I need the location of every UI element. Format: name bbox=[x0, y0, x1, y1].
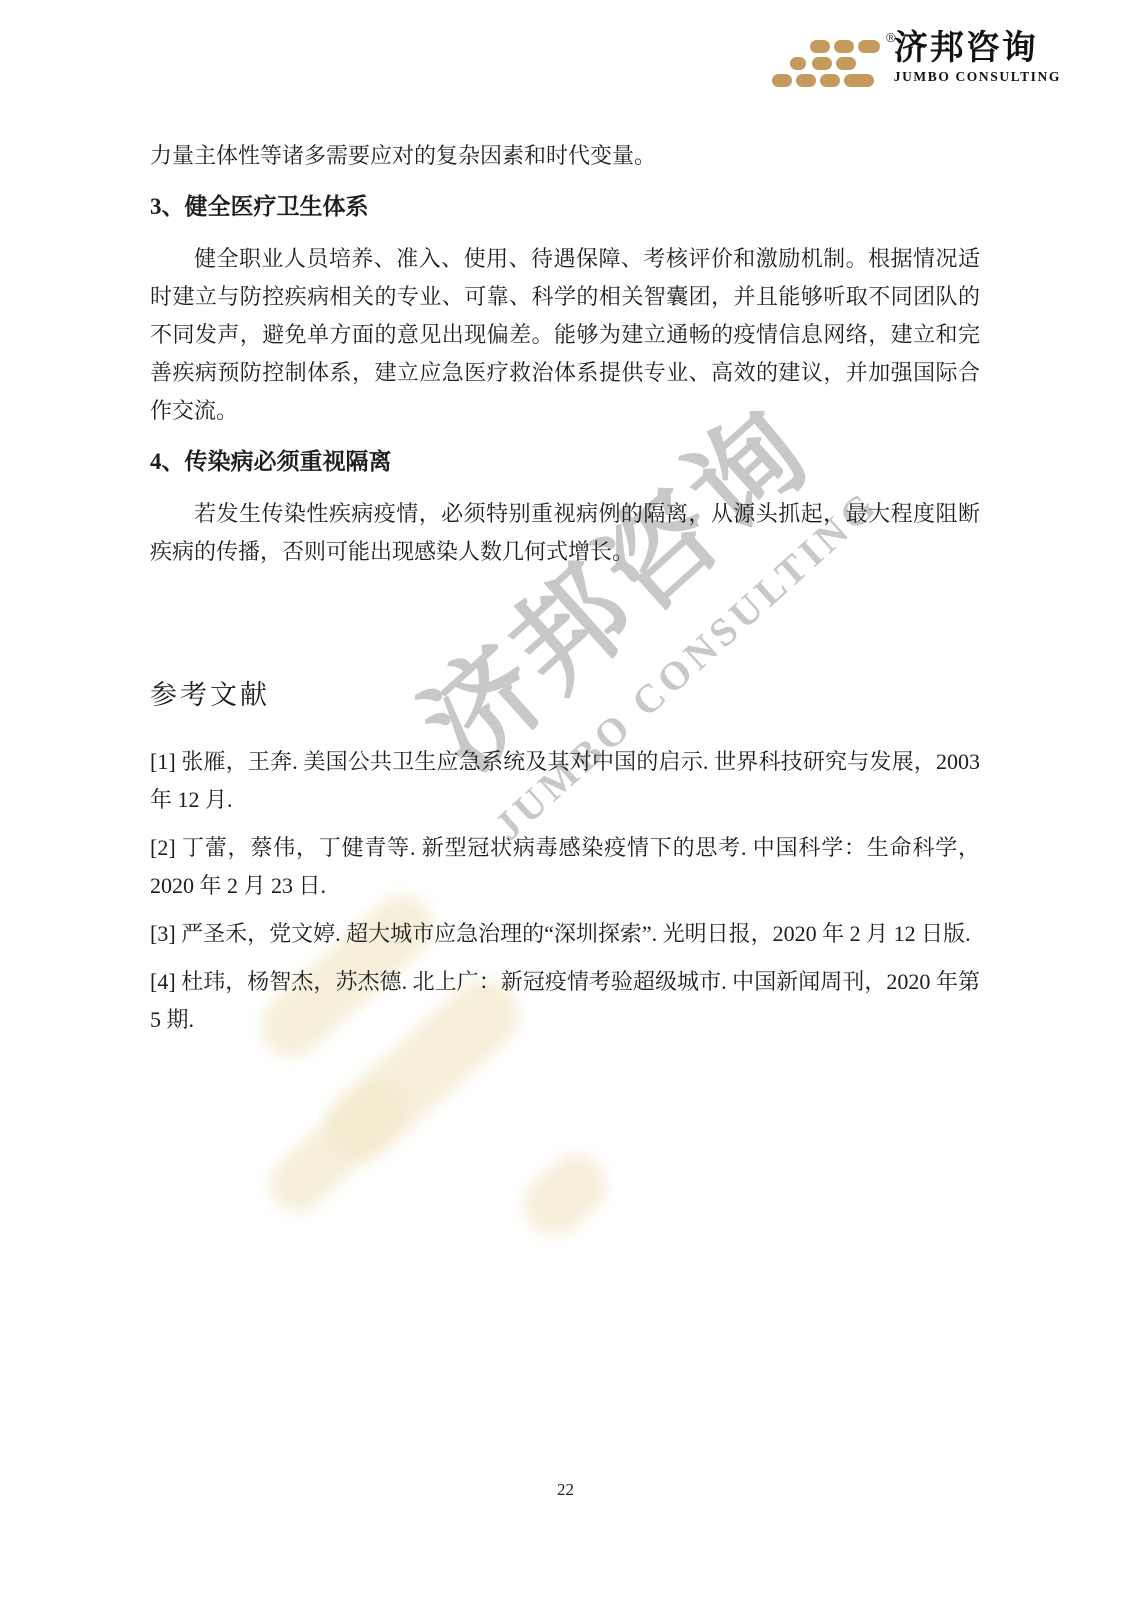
logo-brand-cn: 济邦咨询 bbox=[894, 30, 1061, 67]
page-header: ® 济邦咨询 JUMBO CONSULTING bbox=[0, 0, 1131, 105]
logo-brand-en: JUMBO CONSULTING bbox=[894, 69, 1061, 85]
jumbo-blocks-icon: ® bbox=[772, 40, 880, 88]
document-body: 力量主体性等诸多需要应对的复杂因素和时代变量。 3、健全医疗卫生体系 健全职业人… bbox=[0, 137, 1131, 1039]
reference-item-4: [4] 杜玮，杨智杰，苏杰德. 北上广：新冠疫情考验超级城市. 中国新闻周刊，2… bbox=[150, 963, 980, 1039]
document-page: 济邦咨询 JUMBO CONSULTING ® 济邦咨询 JUMBO CONSU… bbox=[0, 0, 1131, 1600]
logo-text: 济邦咨询 JUMBO CONSULTING bbox=[894, 30, 1061, 85]
jumbo-logo: ® 济邦咨询 JUMBO CONSULTING bbox=[772, 30, 1061, 88]
gold-watermark bbox=[511, 1143, 618, 1248]
references-heading: 参考文献 bbox=[150, 675, 980, 715]
reference-item-3: [3] 严圣禾，党文婷. 超大城市应急治理的“深圳探索”. 光明日报，2020 … bbox=[150, 915, 980, 953]
reference-item-1: [1] 张雁，王奔. 美国公共卫生应急系统及其对中国的启示. 世界科技研究与发展… bbox=[150, 743, 980, 819]
paragraph-continuation: 力量主体性等诸多需要应对的复杂因素和时代变量。 bbox=[150, 137, 980, 175]
page-number: 22 bbox=[0, 1480, 1131, 1500]
section-4-paragraph: 若发生传染性疾病疫情，必须特别重视病例的隔离，从源头抓起，最大程度阻断疾病的传播… bbox=[150, 495, 980, 571]
reference-item-2: [2] 丁蕾，蔡伟，丁健青等. 新型冠状病毒感染疫情下的思考. 中国科学：生命科… bbox=[150, 829, 980, 905]
gold-watermark bbox=[258, 1072, 417, 1223]
registered-trademark-icon: ® bbox=[886, 30, 896, 45]
section-heading-3: 3、健全医疗卫生体系 bbox=[150, 189, 980, 225]
section-3-paragraph: 健全职业人员培养、准入、使用、待遇保障、考核评价和激励机制。根据情况适时建立与防… bbox=[150, 240, 980, 430]
section-heading-4: 4、传染病必须重视隔离 bbox=[150, 444, 980, 480]
